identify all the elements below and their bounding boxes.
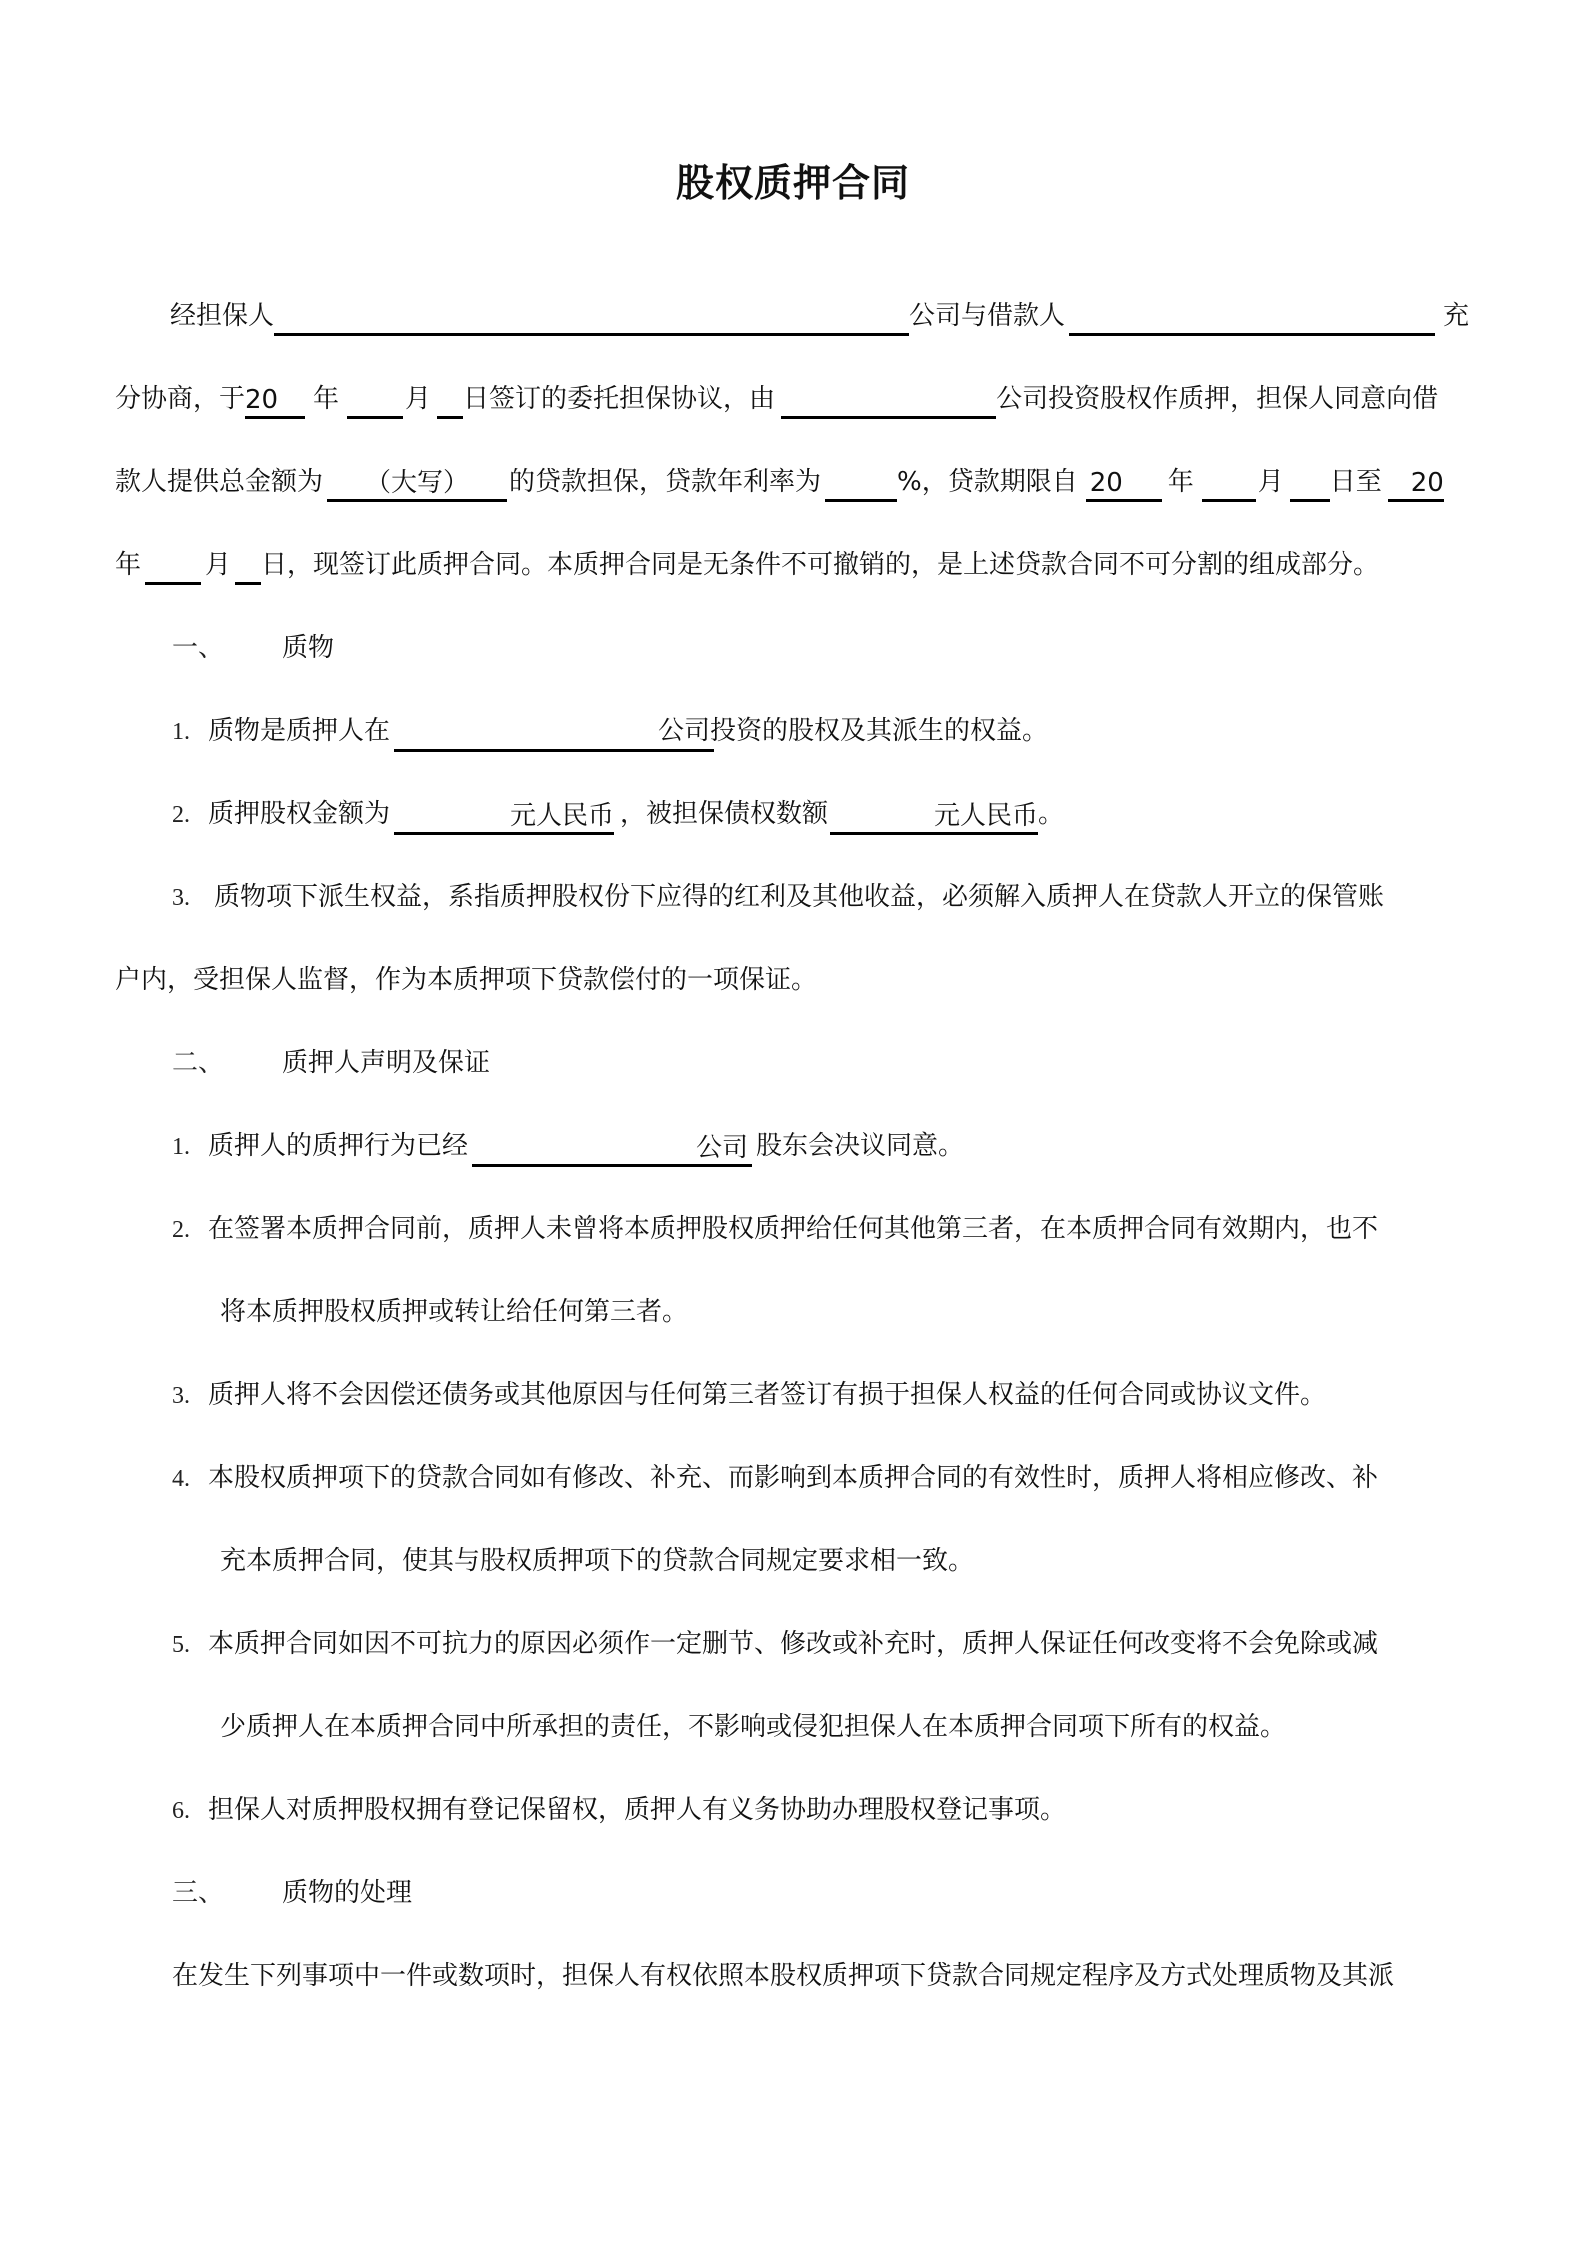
year-prefix: 20 — [1411, 468, 1444, 498]
text: 月 — [405, 384, 431, 414]
section-2-item-2: 2.在签署本质押合同前，质押人未曾将本质押股权质押给任何其他第三者，在本质押合同… — [172, 1209, 1378, 1249]
section-2-item-3: 3.质押人将不会因偿还债务或其他原因与任何第三者签订有损于担保人权益的任何合同或… — [172, 1375, 1326, 1415]
text: 经担保人 — [170, 301, 274, 331]
text: 质物是质押人在 — [208, 716, 390, 746]
sign-day-blank[interactable] — [437, 380, 463, 419]
end-year-blank[interactable]: 20 — [1388, 463, 1444, 502]
item-number: 5. — [172, 1632, 190, 1658]
pledged-equity-amount-blank[interactable]: 元人民币 — [394, 796, 614, 835]
currency-unit: 元人民币 — [510, 801, 614, 831]
start-year-blank[interactable]: 20 — [1086, 463, 1162, 502]
section-heading-3: 质物的处理 — [282, 1873, 412, 1913]
section-1-item-2: 2.质押股权金额为元人民币，被担保债权数额元人民币。 — [172, 794, 1064, 834]
section-1-item-1: 1.质物是质押人在公司投资的股权及其派生的权益。 — [172, 711, 1048, 751]
document-page: 股权质押合同 经担保人公司与借款人充 分协商，于20年月日签订的委托担保协议，由… — [0, 0, 1586, 2244]
text: 充 — [1443, 301, 1469, 331]
text: 年 — [1168, 467, 1194, 497]
secured-claim-amount-blank[interactable]: 元人民币 — [830, 796, 1038, 835]
text: %，贷款期限自 — [897, 467, 1078, 497]
text: 公司与借款人 — [909, 301, 1065, 331]
text: 本质押合同如因不可抗力的原因必须作一定删节、修改或补充时，质押人保证任何改变将不… — [208, 1629, 1378, 1659]
text: 分协商，于 — [115, 384, 245, 414]
text: 。 — [1038, 799, 1064, 829]
year-prefix: 20 — [245, 385, 278, 415]
item-number: 2. — [172, 1217, 190, 1243]
section-3-body: 在发生下列事项中一件或数项时，担保人有权依照本股权质押项下贷款合同规定程序及方式… — [172, 1956, 1394, 1996]
section-2-item-4-cont: 充本质押合同，使其与股权质押项下的贷款合同规定要求相一致。 — [220, 1541, 974, 1581]
amount-blank[interactable]: （大写） — [327, 463, 507, 502]
section-1-item-3: 3.质物项下派生权益，系指质押股权份下应得的红利及其他收益，必须解入质押人在贷款… — [172, 877, 1384, 917]
guarantor-blank[interactable] — [274, 297, 909, 336]
text: 日，现签订此质押合同。本质押合同是无条件不可撤销的，是上述贷款合同不可分割的组成… — [261, 550, 1379, 580]
year-prefix: 20 — [1086, 468, 1123, 498]
item-number: 3. — [172, 885, 190, 911]
text: 日签订的委托担保协议，由 — [463, 384, 775, 414]
section-2-item-5-cont: 少质押人在本质押合同中所承担的责任，不影响或侵犯担保人在本质押合同项下所有的权益… — [220, 1707, 1286, 1747]
text: 本股权质押项下的贷款合同如有修改、补充、而影响到本质押合同的有效性时，质押人将相… — [208, 1463, 1378, 1493]
text: 月 — [205, 550, 231, 580]
section-2-item-5: 5.本质押合同如因不可抗力的原因必须作一定删节、修改或补充时，质押人保证任何改变… — [172, 1624, 1378, 1664]
text: 质物项下派生权益，系指质押股权份下应得的红利及其他收益，必须解入质押人在贷款人开… — [214, 882, 1384, 912]
text: 质押人的质押行为已经 — [208, 1131, 468, 1161]
item-number: 1. — [172, 719, 190, 745]
currency-unit: 元人民币 — [934, 801, 1038, 831]
text: 担保人对质押股权拥有登记保留权，质押人有义务协助办理股权登记事项。 — [208, 1795, 1066, 1825]
section-2-item-1: 1.质押人的质押行为已经公司股东会决议同意。 — [172, 1126, 964, 1166]
section-heading-2: 质押人声明及保证 — [282, 1043, 490, 1083]
interest-rate-blank[interactable] — [825, 463, 897, 502]
text: 质押人将不会因偿还债务或其他原因与任何第三者签订有损于担保人权益的任何合同或协议… — [208, 1380, 1326, 1410]
item-number: 1. — [172, 1134, 190, 1160]
item-number: 4. — [172, 1466, 190, 1492]
item-number: 3. — [172, 1383, 190, 1409]
amount-hint: （大写） — [365, 468, 469, 498]
text: 公司投资的股权及其派生的权益。 — [658, 716, 1048, 746]
end-month-blank[interactable] — [145, 546, 201, 585]
section-number-3: 三、 — [172, 1873, 224, 1913]
document-title: 股权质押合同 — [0, 158, 1586, 208]
sign-month-blank[interactable] — [347, 380, 403, 419]
text: 款人提供总金额为 — [115, 467, 323, 497]
section-number-2: 二、 — [172, 1043, 224, 1083]
company-blank[interactable] — [781, 380, 996, 419]
section-1-item-3-cont: 户内，受担保人监督，作为本质押项下贷款偿付的一项保证。 — [115, 960, 817, 1000]
company-blank[interactable]: 公司 — [472, 1128, 752, 1167]
text: 年 — [313, 384, 339, 414]
text: 月 — [1258, 467, 1284, 497]
text: 公司投资股权作质押，担保人同意向借 — [996, 384, 1438, 414]
text: ，被担保债权数额 — [620, 799, 828, 829]
text: 股东会决议同意。 — [756, 1131, 964, 1161]
item-number: 2. — [172, 802, 190, 828]
item-number: 6. — [172, 1798, 190, 1824]
preamble-line-1: 经担保人公司与借款人充 — [170, 296, 1473, 336]
text: 年 — [115, 550, 141, 580]
text: 质押股权金额为 — [208, 799, 390, 829]
text: 日至 — [1330, 467, 1382, 497]
section-2-item-6: 6.担保人对质押股权拥有登记保留权，质押人有义务协助办理股权登记事项。 — [172, 1790, 1066, 1830]
end-day-blank[interactable] — [235, 546, 261, 585]
preamble-line-2: 分协商，于20年月日签订的委托担保协议，由公司投资股权作质押，担保人同意向借 — [115, 379, 1438, 419]
section-heading-1: 质物 — [282, 628, 334, 668]
section-2-item-2-cont: 将本质押股权质押或转让给任何第三者。 — [220, 1292, 688, 1332]
section-2-item-4: 4.本股权质押项下的贷款合同如有修改、补充、而影响到本质押合同的有效性时，质押人… — [172, 1458, 1378, 1498]
start-day-blank[interactable] — [1290, 463, 1330, 502]
borrower-blank[interactable] — [1069, 297, 1435, 336]
section-number-1: 一、 — [172, 628, 224, 668]
company-label: 公司 — [696, 1133, 752, 1163]
start-month-blank[interactable] — [1202, 463, 1256, 502]
text: 在签署本质押合同前，质押人未曾将本质押股权质押给任何其他第三者，在本质押合同有效… — [208, 1214, 1378, 1244]
preamble-line-4: 年月日，现签订此质押合同。本质押合同是无条件不可撤销的，是上述贷款合同不可分割的… — [115, 545, 1379, 585]
preamble-line-3: 款人提供总金额为（大写）的贷款担保，贷款年利率为%，贷款期限自20年月日至20 — [115, 462, 1444, 502]
sign-year-blank[interactable]: 20 — [245, 380, 305, 419]
text: 的贷款担保，贷款年利率为 — [509, 467, 821, 497]
